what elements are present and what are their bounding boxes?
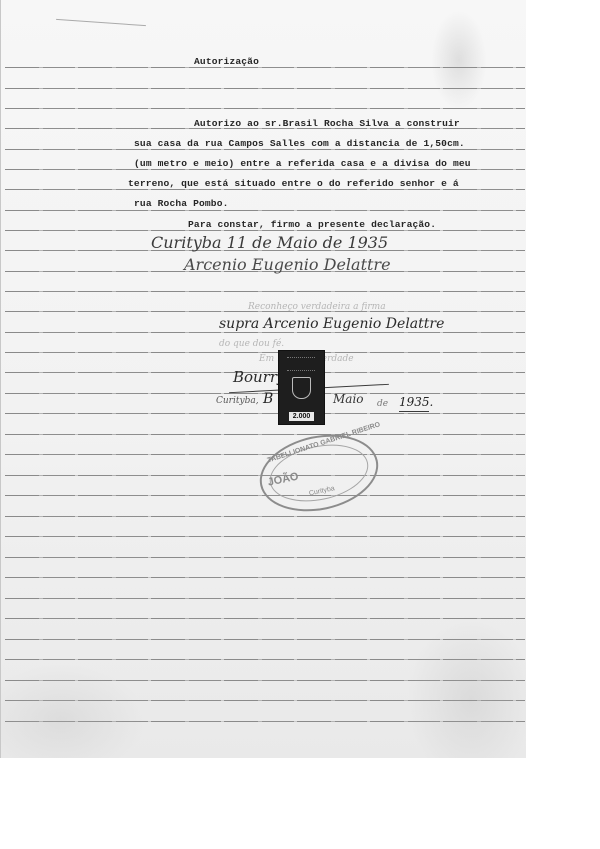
ruled-line: [5, 680, 525, 681]
ruled-line: [5, 67, 525, 68]
ruled-line: [5, 659, 525, 660]
scanned-document-page: Autorização Autorizo ao sr.Brasil Rocha …: [0, 0, 526, 758]
body-line-3: (um metro e meio) entre a referida casa …: [134, 158, 471, 169]
ruled-line: [5, 454, 525, 455]
body-line-2: sua casa da rua Campos Salles com a dist…: [134, 138, 465, 149]
notary-place-prefix: Curityba,: [216, 396, 259, 406]
ruled-line: [5, 639, 525, 640]
document-title: Autorização: [194, 56, 259, 67]
ruled-line: [5, 88, 525, 89]
stamp-value: 2.000: [289, 412, 314, 421]
notary-faint-line-2: do que dou fé.: [219, 339, 284, 349]
notary-seal: TABELLIONATO GABRIEL RIBEIRO JOÃO Curity…: [253, 424, 386, 521]
notary-recognized-signature: supra Arcenio Eugenio Delattre: [219, 316, 444, 332]
closing-line: Para constar, firmo a presente declaraçã…: [188, 219, 436, 230]
notary-year-prefix: de: [377, 399, 388, 409]
ruled-line: [5, 332, 525, 333]
stamp-crown-ornament: [287, 357, 315, 371]
ruled-line: [5, 210, 525, 211]
year-underline: [399, 411, 429, 412]
revenue-stamp: 2.000: [278, 350, 325, 425]
ruled-line: [5, 169, 525, 170]
notary-day: B: [263, 391, 273, 407]
paper-scratch: [56, 19, 146, 26]
ruled-line: [5, 700, 525, 701]
body-line-4: terreno, que está situado entre o do ref…: [128, 178, 459, 189]
ruled-line: [5, 577, 525, 578]
ruled-line: [5, 189, 525, 190]
ruled-line: [5, 108, 525, 109]
ruled-line: [5, 291, 525, 292]
ruled-line: [5, 721, 525, 722]
handwritten-place-date: Curityba 11 de Maio de 1935: [151, 233, 388, 252]
ruled-line: [5, 536, 525, 537]
ruled-line: [5, 598, 525, 599]
ruled-line: [5, 557, 525, 558]
body-line-1: Autorizo ao sr.Brasil Rocha Silva a cons…: [194, 118, 460, 129]
ruled-line: [5, 618, 525, 619]
ruled-line: [5, 149, 525, 150]
notary-faint-line-1: Reconheço verdadeira a firma: [248, 302, 386, 312]
ruled-line: [5, 434, 525, 435]
ruled-line: [5, 230, 525, 231]
ruled-line: [5, 516, 525, 517]
ruled-line: [5, 413, 525, 414]
body-line-5: rua Rocha Pombo.: [134, 198, 229, 209]
handwritten-signature: Arcenio Eugenio Delattre: [184, 255, 391, 274]
notary-month: Maio: [333, 392, 364, 406]
ruled-line: [5, 352, 525, 353]
stamp-coat-of-arms-icon: [292, 377, 311, 399]
notary-year: 1935.: [399, 395, 433, 409]
